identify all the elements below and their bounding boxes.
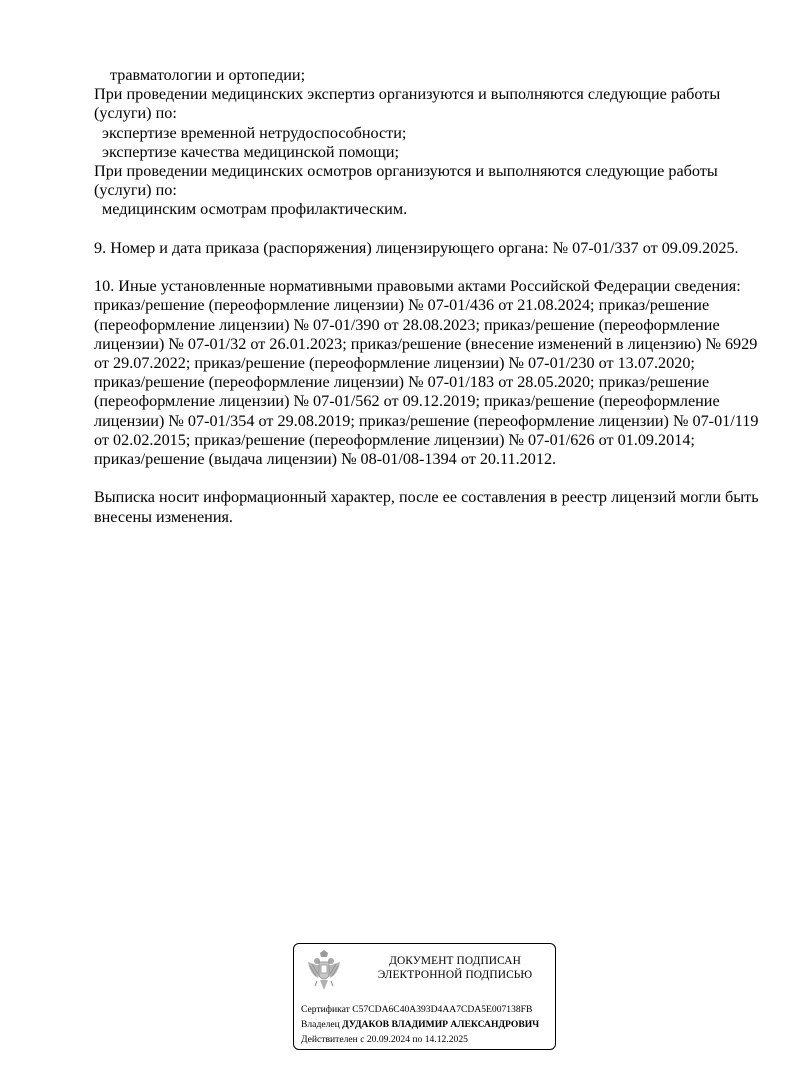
text-line: приказ/решение (переоформление лицензии)… (94, 296, 764, 315)
text-line: (переоформление лицензии) № 07-01/390 от… (94, 316, 764, 335)
owner-value: ДУДАКОВ ВЛАДИМИР АЛЕКСАНДРОВИЧ (342, 1019, 539, 1030)
validity-row: Действителен с 20.09.2024 по 14.12.2025 (301, 1032, 539, 1047)
text-line: лицензии) № 07-01/32 от 26.01.2023; прик… (94, 335, 764, 354)
text-line: от 29.07.2022; приказ/решение (переоформ… (94, 354, 764, 373)
text-line: экспертизе качества медицинской помощи; (94, 143, 764, 162)
text-line: 10. Иные установленные нормативными прав… (94, 277, 764, 296)
spacer (94, 258, 764, 277)
section-9-order-number: 9. Номер и дата приказа (распоряжения) л… (94, 239, 764, 258)
russian-coat-of-arms-icon (306, 950, 342, 994)
text-line: внесены изменения. (94, 508, 764, 527)
certificate-row: Сертификат C57CDA6C40A393D4AA7CDA5E00713… (301, 1002, 539, 1017)
text-line: травматологии и ортопедии; (94, 66, 764, 85)
disclaimer: Выписка носит информационный характер, п… (94, 488, 764, 526)
section-10-other-info: 10. Иные установленные нормативными прав… (94, 277, 764, 469)
text-line: от 02.02.2015; приказ/решение (переоформ… (94, 431, 764, 450)
text-line: приказ/решение (переоформление лицензии)… (94, 373, 764, 392)
stamp-details: Сертификат C57CDA6C40A393D4AA7CDA5E00713… (301, 1002, 539, 1047)
owner-label: Владелец (301, 1019, 340, 1030)
services-continuation: травматологии и ортопедии; При проведени… (94, 66, 764, 220)
text-line: медицинским осмотрам профилактическим. (94, 200, 764, 219)
stamp-title: ДОКУМЕНТ ПОДПИСАН ЭЛЕКТРОННОЙ ПОДПИСЬЮ (360, 954, 550, 982)
document-body: травматологии и ортопедии; При проведени… (94, 66, 764, 527)
text-line: лицензии) № 07-01/354 от 29.08.2019; при… (94, 412, 764, 431)
text-line: (услуги) по: (94, 181, 764, 200)
stamp-title-line2: ЭЛЕКТРОННОЙ ПОДПИСЬЮ (360, 968, 550, 982)
certificate-value: C57CDA6C40A393D4AA7CDA5E007138FB (352, 1004, 532, 1015)
electronic-signature-stamp: ДОКУМЕНТ ПОДПИСАН ЭЛЕКТРОННОЙ ПОДПИСЬЮ С… (293, 943, 556, 1050)
text-line: (услуги) по: (94, 104, 764, 123)
text-line: (переоформление лицензии) № 07-01/562 от… (94, 392, 764, 411)
text-line: Выписка носит информационный характер, п… (94, 488, 764, 507)
text-line: При проведении медицинских экспертиз орг… (94, 85, 764, 104)
owner-row: Владелец ДУДАКОВ ВЛАДИМИР АЛЕКСАНДРОВИЧ (301, 1017, 539, 1032)
text-line: приказ/решение (выдача лицензии) № 08-01… (94, 450, 764, 469)
spacer (94, 220, 764, 239)
certificate-label: Сертификат (301, 1004, 350, 1015)
stamp-title-line1: ДОКУМЕНТ ПОДПИСАН (360, 954, 550, 968)
text-line: При проведении медицинских осмотров орга… (94, 162, 764, 181)
spacer (94, 469, 764, 488)
text-line: экспертизе временной нетрудоспособности; (94, 124, 764, 143)
